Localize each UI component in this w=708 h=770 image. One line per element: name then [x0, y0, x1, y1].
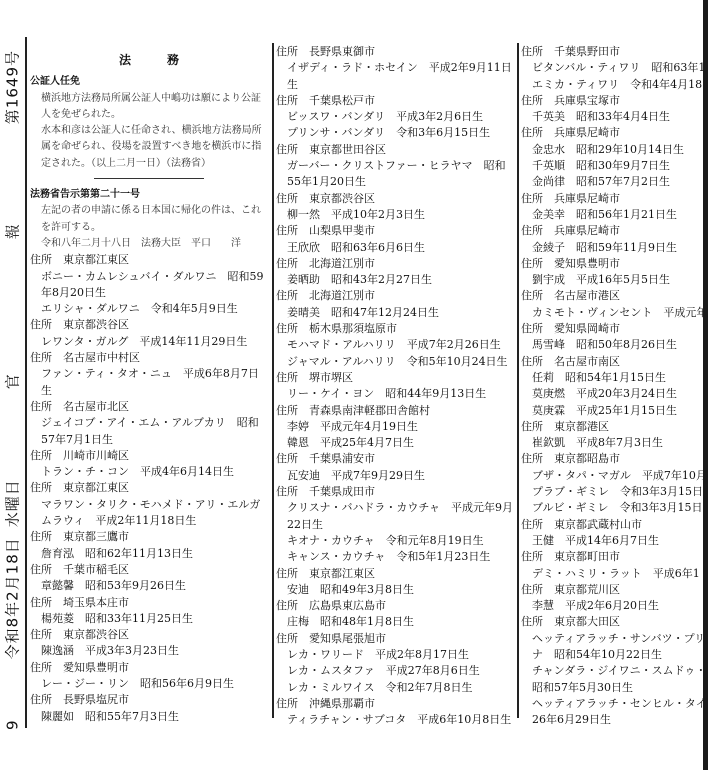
- address-line: 住所 名古屋市北区: [30, 399, 268, 415]
- address-line: 住所 名古屋市南区: [521, 354, 703, 370]
- page-edge-bar: [703, 0, 708, 770]
- person-entry: 王健 平成14年6月7日生: [521, 533, 703, 549]
- address-value: 長野県塩尻市: [63, 693, 129, 706]
- address-label: 住所: [521, 289, 543, 302]
- address-line: 住所 名古屋市港区: [521, 288, 703, 304]
- address-line: 住所 千葉県成田市: [276, 484, 514, 500]
- person-entry: カミモト・ヴィンセント 平成元年: [521, 305, 703, 321]
- publication-name: 官 報: [2, 164, 23, 389]
- address-label: 住所: [30, 481, 52, 494]
- address-label: 住所: [521, 583, 543, 596]
- address-label: 住所: [276, 257, 298, 270]
- address-label: 住所: [30, 351, 52, 364]
- address-label: 住所: [521, 94, 543, 107]
- address-line: 住所 長野県東御市: [276, 44, 514, 60]
- address-value: 広島県東広島市: [309, 599, 386, 612]
- address-value: 埼玉県本庄市: [63, 596, 129, 609]
- address-value: 堺市堺区: [309, 371, 353, 384]
- person-entry: チャンダラ・ジイワニ・スムドゥ・: [521, 663, 703, 679]
- column-1: 法務 公証人任免 横浜地方法務局所属公証人中嶋功は願により公証人を免ぜられた。 …: [30, 44, 268, 724]
- address-label: 住所: [276, 94, 298, 107]
- address-label: 住所: [521, 518, 543, 531]
- address-line: 住所 長野県塩尻市: [30, 692, 268, 708]
- address-value: 兵庫県尼崎市: [554, 224, 620, 237]
- address-value: 北海道江別市: [309, 289, 375, 302]
- address-value: 長野県東御市: [309, 45, 375, 58]
- person-entry: プリンサ・バンダリ 令和3年6月15日生: [276, 125, 514, 141]
- address-value: 千葉県野田市: [554, 45, 620, 58]
- address-value: 千葉県成田市: [309, 485, 375, 498]
- person-entry: 任莉 昭和54年1月15日生: [521, 370, 703, 386]
- person-entry: 姜晒助 昭和43年2月27日生: [276, 272, 514, 288]
- address-label: 住所: [30, 661, 52, 674]
- person-entry: 千英順 昭和30年9月7日生: [521, 158, 703, 174]
- address-label: 住所: [276, 452, 298, 465]
- address-line: 住所 北海道江別市: [276, 288, 514, 304]
- address-value: 愛知県豊明市: [554, 257, 620, 270]
- person-entry: プラブ・ギミレ 令和3年3月15日: [521, 484, 703, 500]
- person-entry: ジェイコブ・アイ・エム・アルブカリ 昭和57年7月1日生: [30, 415, 268, 448]
- address-value: 千葉県浦安市: [309, 452, 375, 465]
- person-entry: レカ・ムスタファ 平成27年8月6日生: [276, 663, 514, 679]
- address-value: 東京都江東区: [309, 567, 375, 580]
- address-value: 名古屋市中村区: [63, 351, 140, 364]
- person-entry: 詹育泓 昭和62年11月13日生: [30, 546, 268, 562]
- address-label: 住所: [30, 400, 52, 413]
- person-entry: キオナ・カウチャ 令和元年8月19日生: [276, 533, 514, 549]
- address-value: 東京都渋谷区: [63, 318, 129, 331]
- person-entry: トラン・チ・コン 平成4年6月14日生: [30, 464, 268, 480]
- address-label: 住所: [521, 550, 543, 563]
- address-line: 住所 東京都江東区: [30, 480, 268, 496]
- address-value: 名古屋市港区: [554, 289, 620, 302]
- person-entry: 王欣欣 昭和63年6月6日生: [276, 240, 514, 256]
- address-value: 東京都大田区: [554, 615, 620, 628]
- address-line: 住所 東京都三鷹市: [30, 529, 268, 545]
- address-line: 住所 山梨県甲斐市: [276, 223, 514, 239]
- person-entry: 楊苑菱 昭和33年11月25日生: [30, 611, 268, 627]
- address-line: 住所 愛知県岡崎市: [521, 321, 703, 337]
- address-line: 住所 千葉県松戸市: [276, 93, 514, 109]
- person-entry: レー・ジー・リン 昭和56年6月9日生: [30, 676, 268, 692]
- address-label: 住所: [276, 371, 298, 384]
- address-label: 住所: [30, 693, 52, 706]
- address-line: 住所 東京都港区: [521, 419, 703, 435]
- address-label: 住所: [276, 632, 298, 645]
- notice-paragraph: 水本和彦は公証人に任命され、横浜地方法務局所属を命ぜられ、役場を設置すべき地を横…: [30, 123, 268, 172]
- address-label: 住所: [521, 126, 543, 139]
- notice-heading: 公証人任免: [30, 74, 268, 90]
- address-line: 住所 広島県東広島市: [276, 598, 514, 614]
- address-label: 住所: [30, 596, 52, 609]
- address-value: 千葉県松戸市: [309, 94, 375, 107]
- address-line: 住所 愛知県豊明市: [30, 660, 268, 676]
- naturalization-notice: 法務省告示第第二十一号 左記の者の申請に係る日本国に帰化の件は、これを許可する。…: [30, 187, 268, 252]
- person-entry: レカ・ミルワイス 令和2年7月8日生: [276, 680, 514, 696]
- person-entry: 安迪 昭和49年3月8日生: [276, 582, 514, 598]
- address-value: 愛知県岡崎市: [554, 322, 620, 335]
- address-line: 住所 東京都渋谷区: [30, 317, 268, 333]
- person-entry: 莫庚霖 平成25年1月15日生: [521, 403, 703, 419]
- address-value: 北海道江別市: [309, 257, 375, 270]
- address-label: 住所: [521, 192, 543, 205]
- address-label: 住所: [30, 530, 52, 543]
- column-3: 住所 千葉県野田市ビタンバル・ティワリ 昭和63年10エミカ・ティワリ 令和4年…: [521, 44, 703, 724]
- person-entry: 庄梅 昭和48年1月8日生: [276, 614, 514, 630]
- person-entry: ガーバー・クリストファー・ヒラヤマ 昭和55年1月20日生: [276, 158, 514, 191]
- address-value: 名古屋市北区: [63, 400, 129, 413]
- person-entry: 金忠水 昭和29年10月14日生: [521, 142, 703, 158]
- address-line: 住所 名古屋市中村区: [30, 350, 268, 366]
- page-number: 9: [3, 719, 21, 730]
- address-value: 沖縄県那覇市: [309, 697, 375, 710]
- address-label: 住所: [521, 355, 543, 368]
- address-label: 住所: [30, 628, 52, 641]
- person-entry: 韓恩 平成25年4月7日生: [276, 435, 514, 451]
- entry-list: 住所 千葉県野田市ビタンバル・ティワリ 昭和63年10エミカ・ティワリ 令和4年…: [521, 44, 703, 724]
- issue-number: 第1649号: [2, 50, 23, 124]
- person-entry: 金美幸 昭和56年1月21日生: [521, 207, 703, 223]
- person-entry: エリシャ・ダルワニ 令和4年5月9日生: [30, 301, 268, 317]
- address-line: 住所 兵庫県尼崎市: [521, 191, 703, 207]
- notice-signature: 令和八年二月十八日 法務大臣 平口 洋: [30, 236, 268, 252]
- address-label: 住所: [276, 45, 298, 58]
- address-value: 千葉市稲毛区: [63, 563, 129, 576]
- address-label: 住所: [30, 253, 52, 266]
- address-line: 住所 北海道江別市: [276, 256, 514, 272]
- address-line: 住所 愛知県尾張旭市: [276, 631, 514, 647]
- person-entry: キャンス・カウチャ 令和5年1月23日生: [276, 549, 514, 565]
- address-label: 住所: [276, 567, 298, 580]
- address-value: 山梨県甲斐市: [309, 224, 375, 237]
- person-entry: マラワン・タリク・モハメド・アリ・エルガムラウィ 平成2年11月18日生: [30, 497, 268, 530]
- address-label: 住所: [276, 289, 298, 302]
- person-entry: ヘッティアラッチ・センヒル・タイ: [521, 696, 703, 712]
- person-entry: レカ・ワリード 平成2年8月17日生: [276, 647, 514, 663]
- address-line: 住所 東京都江東区: [30, 252, 268, 268]
- column-divider-1: [272, 43, 274, 718]
- address-label: 住所: [521, 257, 543, 270]
- address-value: 名古屋市南区: [554, 355, 620, 368]
- address-label: 住所: [276, 192, 298, 205]
- address-value: 東京都町田市: [554, 550, 620, 563]
- address-label: 住所: [276, 224, 298, 237]
- person-entry: 26年6月29日生: [521, 712, 703, 724]
- address-line: 住所 東京都渋谷区: [30, 627, 268, 643]
- address-value: 東京都江東区: [63, 481, 129, 494]
- notary-notice: 公証人任免 横浜地方法務局所属公証人中嶋功は願により公証人を免ぜられた。 水本和…: [30, 74, 268, 172]
- entry-list: 住所 長野県東御市イザディ・ラド・ホセイン 平成2年9月11日生住所 千葉県松戸…: [276, 44, 514, 724]
- address-value: 川崎市川崎区: [63, 449, 129, 462]
- address-value: 東京都荒川区: [554, 583, 620, 596]
- address-value: 愛知県尾張旭市: [309, 632, 386, 645]
- column-2: 住所 長野県東御市イザディ・ラド・ホセイン 平成2年9月11日生住所 千葉県松戸…: [276, 44, 514, 724]
- issue-date: 令和8年2月18日: [2, 537, 23, 659]
- address-value: 東京都港区: [554, 420, 609, 433]
- address-line: 住所 川崎市川崎区: [30, 448, 268, 464]
- address-line: 住所 東京都武蔵村山市: [521, 517, 703, 533]
- address-value: 東京都昭島市: [554, 452, 620, 465]
- address-label: 住所: [30, 449, 52, 462]
- person-entry: ティラチャン・サブコタ 平成6年10月8日生: [276, 712, 514, 724]
- weekday: 水曜日: [2, 479, 23, 527]
- person-entry: 金尚律 昭和57年7月2日生: [521, 174, 703, 190]
- address-label: 住所: [30, 318, 52, 331]
- person-entry: モハマド・アルハリリ 平成7年2月26日生: [276, 337, 514, 353]
- person-entry: 陳麗如 昭和55年7月3日生: [30, 709, 268, 724]
- person-entry: ジャマル・アルハリリ 令和5年10月24日生: [276, 354, 514, 370]
- person-entry: デミ・ハミリ・ラット 平成6年1: [521, 566, 703, 582]
- address-label: 住所: [276, 599, 298, 612]
- person-entry: 李慧 平成2年6月20日生: [521, 598, 703, 614]
- notice-paragraph: 左記の者の申請に係る日本国に帰化の件は、これを許可する。: [30, 203, 268, 236]
- address-line: 住所 千葉県浦安市: [276, 451, 514, 467]
- person-entry: ファン・ティ・タオ・ニュ 平成6年8月7日生: [30, 366, 268, 399]
- person-entry: ヘッティアラッチ・サンバツ・プリ: [521, 631, 703, 647]
- address-value: 青森県南津軽郡田舎館村: [309, 404, 430, 417]
- address-label: 住所: [521, 322, 543, 335]
- address-line: 住所 東京都町田市: [521, 549, 703, 565]
- address-value: 兵庫県宝塚市: [554, 94, 620, 107]
- address-line: 住所 愛知県豊明市: [521, 256, 703, 272]
- address-value: 東京都世田谷区: [309, 143, 386, 156]
- person-entry: ボニー・カムレシュバイ・ダルワニ 昭和59年8月20日生: [30, 269, 268, 302]
- address-line: 住所 東京都昭島市: [521, 451, 703, 467]
- person-entry: 柳一然 平成10年2月3日生: [276, 207, 514, 223]
- address-label: 住所: [276, 485, 298, 498]
- address-label: 住所: [521, 615, 543, 628]
- person-entry: 姜晴美 昭和47年12月24日生: [276, 305, 514, 321]
- person-entry: 千英美 昭和33年4月4日生: [521, 109, 703, 125]
- address-value: 東京都江東区: [63, 253, 129, 266]
- person-entry: ブルビ・ギミレ 令和3年3月15日: [521, 500, 703, 516]
- person-entry: 章懿馨 昭和53年9月26日生: [30, 578, 268, 594]
- address-value: 兵庫県尼崎市: [554, 192, 620, 205]
- address-value: 東京都渋谷区: [309, 192, 375, 205]
- address-line: 住所 東京都荒川区: [521, 582, 703, 598]
- address-label: 住所: [521, 452, 543, 465]
- address-value: 栃木県那須塩原市: [309, 322, 397, 335]
- section-title: 法務: [30, 52, 268, 68]
- running-header: 9 令和8年2月18日 水曜日 官 報 第1649号: [2, 40, 22, 730]
- address-line: 住所 栃木県那須塩原市: [276, 321, 514, 337]
- address-label: 住所: [521, 224, 543, 237]
- address-line: 住所 東京都大田区: [521, 614, 703, 630]
- address-value: 愛知県豊明市: [63, 661, 129, 674]
- person-entry: 莫庚燃 平成20年3月24日生: [521, 386, 703, 402]
- person-entry: 馬雪峰 昭和50年8月26日生: [521, 337, 703, 353]
- address-label: 住所: [276, 143, 298, 156]
- person-entry: 崔欽凱 平成8年7月3日生: [521, 435, 703, 451]
- address-label: 住所: [30, 563, 52, 576]
- address-line: 住所 千葉県野田市: [521, 44, 703, 60]
- address-line: 住所 埼玉県本庄市: [30, 595, 268, 611]
- address-line: 住所 兵庫県尼崎市: [521, 125, 703, 141]
- address-label: 住所: [276, 322, 298, 335]
- address-line: 住所 東京都江東区: [276, 566, 514, 582]
- address-value: 東京都渋谷区: [63, 628, 129, 641]
- address-label: 住所: [276, 404, 298, 417]
- address-line: 住所 兵庫県宝塚市: [521, 93, 703, 109]
- person-entry: ビッスワ・バンダリ 平成3年2月6日生: [276, 109, 514, 125]
- address-label: 住所: [276, 697, 298, 710]
- address-line: 住所 青森県南津軽郡田舎館村: [276, 403, 514, 419]
- address-line: 住所 沖縄県那覇市: [276, 696, 514, 712]
- person-entry: 劉宇成 平成16年5月5日生: [521, 272, 703, 288]
- person-entry: 李婷 平成元年4月19日生: [276, 419, 514, 435]
- notice-heading: 法務省告示第第二十一号: [30, 187, 268, 203]
- person-entry: 金綾子 昭和59年11月9日生: [521, 240, 703, 256]
- entry-list: 住所 東京都江東区ボニー・カムレシュバイ・ダルワニ 昭和59年8月20日生エリシ…: [30, 252, 268, 724]
- person-entry: 瓦安迪 平成7年9月29日生: [276, 468, 514, 484]
- notice-paragraph: 横浜地方法務局所属公証人中嶋功は願により公証人を免ぜられた。: [30, 91, 268, 124]
- address-value: 東京都三鷹市: [63, 530, 129, 543]
- person-entry: 昭和57年5月30日生: [521, 680, 703, 696]
- address-label: 住所: [521, 420, 543, 433]
- address-line: 住所 東京都渋谷区: [276, 191, 514, 207]
- person-entry: ナ 昭和54年10月22日生: [521, 647, 703, 663]
- address-line: 住所 千葉市稲毛区: [30, 562, 268, 578]
- person-entry: ビタンバル・ティワリ 昭和63年10: [521, 60, 703, 76]
- address-value: 東京都武蔵村山市: [554, 518, 642, 531]
- address-line: 住所 堺市堺区: [276, 370, 514, 386]
- person-entry: 陳逸涵 平成3年3月23日生: [30, 643, 268, 659]
- left-rule: [25, 37, 27, 728]
- address-line: 住所 東京都世田谷区: [276, 142, 514, 158]
- address-line: 住所 兵庫県尼崎市: [521, 223, 703, 239]
- person-entry: エミカ・ティワリ 令和4年4月18: [521, 77, 703, 93]
- person-entry: イザディ・ラド・ホセイン 平成2年9月11日生: [276, 60, 514, 93]
- address-label: 住所: [521, 45, 543, 58]
- person-entry: リー・ケイ・ヨン 昭和44年9月13日生: [276, 386, 514, 402]
- person-entry: レワンタ・ガルグ 平成14年11月29日生: [30, 334, 268, 350]
- column-divider-2: [517, 43, 519, 718]
- divider-line: [94, 178, 204, 179]
- person-entry: ブザ・タパ・マガル 平成7年10月2: [521, 468, 703, 484]
- address-value: 兵庫県尼崎市: [554, 126, 620, 139]
- person-entry: クリスナ・バハドラ・カウチャ 平成元年9月22日生: [276, 500, 514, 533]
